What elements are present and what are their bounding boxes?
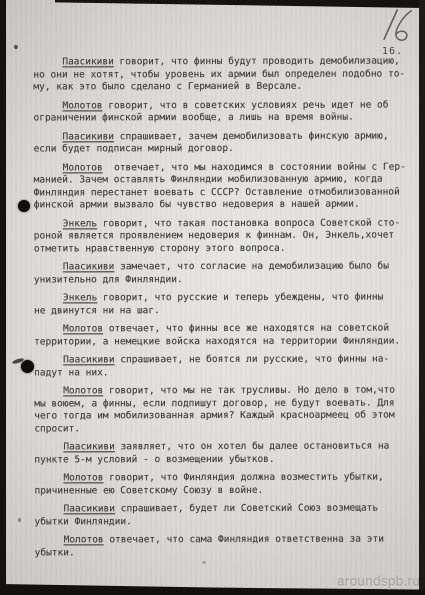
scan-edge-right [419,0,425,595]
paragraph: Паасикиви замечает, что согласие на демо… [34,261,414,287]
paragraph-text: говорит, что мы не так трусливы. Но дело… [103,385,395,397]
paragraph-text: говорит, что финны будут проводить демоб… [114,56,400,68]
paragraph-text: мы воюем, а финны, если подпишут договор… [34,397,414,410]
paragraph-text: отвечает, что сама Финляндия ответственн… [104,534,384,546]
paragraph-text: убытки Финляндии. [35,515,415,528]
speaker-name: Молотов [63,162,103,173]
paragraph: Молотов говорит, что в советских условия… [33,99,413,125]
speaker-name: Молотов [64,534,104,545]
speaker-name: Молотов [63,472,103,483]
paragraph-text: причиненные ею Советскому Союзу в войне. [34,484,414,497]
paragraph-text: убытки. [35,546,415,559]
paragraph-text: но они не хотят, чтобы уровень их армии … [33,68,413,81]
paragraph-text: говорит, что Финляндия должна возместить… [103,472,383,484]
paragraph-text: финской армии вызвало бы чувство недовер… [34,199,414,212]
paragraph: Паасикиви спрашивает, зачем демобилизова… [34,130,414,156]
ink-speck [18,518,21,522]
paragraph-text: замечает, что согласие на демобилизацию … [114,261,389,273]
paragraph-text: спрашивает, зачем демобилизовать финскую… [114,130,389,142]
speaker-name: Молотов [63,385,103,396]
paragraph-text: манией. Зачем оставлять Финляндии мобили… [34,174,414,187]
paragraph-text: говорит, что такая постановка вопроса Со… [97,217,400,229]
paragraph-text: унизительно для Финляндии. [34,273,414,286]
scanned-page: 16. Паасикиви говорит, что финны будут п… [0,0,425,595]
paragraph: Молотов говорит, что мы не так трусливы.… [34,385,414,436]
paragraph: Молотов отвечает, что мы находимся в сос… [34,161,414,212]
paragraph: Паасикиви спрашивает, будет ли Советский… [35,503,415,529]
paragraph: Паасикиви заявляет, что он хотел бы дале… [34,441,414,467]
paragraph: Паасикиви спрашивает, не боятся ли русск… [34,354,414,380]
paragraph: Молотов говорит, что Финляндия должна во… [34,472,414,498]
speaker-name: Молотов [63,323,103,334]
paragraph: Паасикиви говорит, что финны будут прово… [33,56,413,94]
paragraph-text: чего тогда им мобилизованная армия? Кажд… [34,410,414,423]
paragraph: Энкель говорит, что русские и теперь убе… [34,292,414,318]
paragraph-text: падут на них. [34,366,414,379]
paragraph: Молотов отвечает, что сама Финляндия отв… [35,534,415,560]
paragraph-text: отвечает, что финны все же находятся на … [103,323,389,335]
paragraph-text: если будет подписан мирный договор. [34,143,414,156]
paragraph-text: пункте 5-м условий - о возмещении убытко… [34,453,414,466]
scan-edge-left [0,0,6,595]
speaker-name: Паасикиви [62,56,114,67]
speaker-name: Паасикиви [63,261,115,272]
paragraph-text: говорит, что русские и теперь убеждены, … [97,292,383,304]
speaker-name: Паасикиви [63,441,115,452]
punch-hole-bottom [21,360,34,373]
paragraph-text: отвечает, что мы находимся в состоянии в… [103,161,406,173]
paragraph-text: говорит, что в советских условиях речь и… [102,99,388,111]
paragraph-text: спросит. [34,422,414,435]
paragraph-text: заявляет, что он хотел бы далее останови… [115,441,390,453]
paragraph-text: отметить нравственную сторону этого вопр… [34,242,414,255]
paragraph-text: спрашивает, не боятся ли русские, что фи… [115,354,390,366]
speaker-name: Паасикиви [63,354,115,365]
paragraph-text: не двинутся ни на шаг. [34,304,414,317]
paragraph-text: роной является проявлением недоверия к ф… [34,230,414,243]
paragraph-text: му, как это было сделано с Германией в В… [33,81,413,94]
paragraph: Энкель говорит, что такая постановка воп… [34,217,414,255]
speaker-name: Молотов [62,100,102,111]
paragraph: Молотов отвечает, что финны все же наход… [34,323,414,349]
handwritten-page-number [380,5,413,47]
speaker-name: Паасикиви [64,503,116,514]
paragraph-text: Финляндия перестанет воевать с СССР? Ост… [34,186,414,199]
punch-hole-top [18,200,30,212]
scan-edge-top [55,0,425,8]
speaker-name: Энкель [63,218,97,229]
ink-speck [13,44,18,49]
paragraph-text: спрашивает, будет ли Советский Союз возм… [115,503,378,515]
document-text: Паасикиви говорит, что финны будут прово… [33,56,414,566]
speaker-name: Паасикиви [63,131,115,142]
speaker-name: Энкель [63,292,97,303]
paragraph-text: ограничении финской армии вообще, а лишь… [33,112,413,125]
watermark: aroundspb.ru [337,574,420,589]
paragraph-text: территории, а немецкие войска находятся … [34,335,414,348]
